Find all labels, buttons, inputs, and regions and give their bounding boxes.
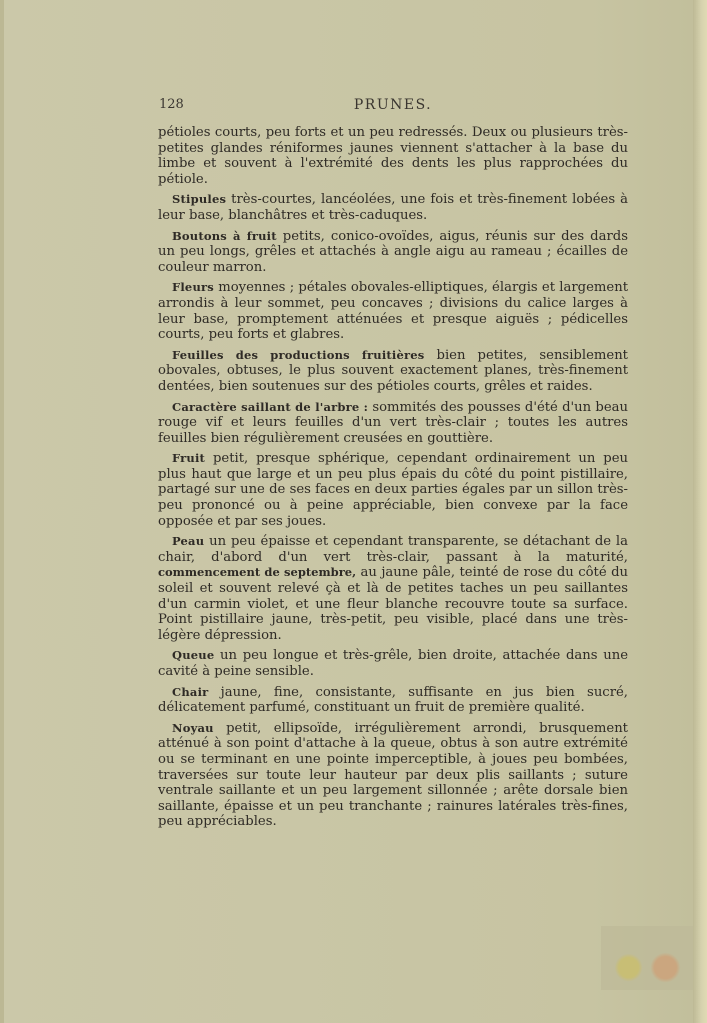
page-left-edge [0,0,4,1023]
page-body: pétioles courts, peu forts et un peu red… [158,125,628,835]
paragraph-peau: Peau un peu épaisse et cependant transpa… [158,534,628,643]
paragraph-text: très-courtes, lancéolées, une fois et tr… [158,192,628,223]
paragraph-caractere: Caractère saillant de l'arbre : sommités… [158,400,628,447]
paragraph-term: Feuilles des productions fruitières [172,348,424,362]
paragraph-term: Peau [172,534,204,548]
paragraph-term: Chair [172,685,208,699]
paragraph-fruit: Fruit petit, presque sphérique, cependan… [158,451,628,529]
paragraph-queue: Queue un peu longue et très-grêle, bien … [158,648,628,679]
paragraph-text: petit, ellipsoïde, irrégulièrement arron… [158,721,628,830]
paragraph-term: Fruit [172,451,205,465]
running-title: PRUNES. [159,97,627,113]
paragraph-term: Fleurs [172,280,214,294]
paragraph-text: un peu épaisse et cependant transparente… [158,534,628,565]
page-header: 128 PRUNES. [159,97,627,115]
paragraph-fleurs: Fleurs moyennes ; pétales obovales-ellip… [158,280,628,342]
paragraph-noyau: Noyau petit, ellipsoïde, irrégulièrement… [158,721,628,830]
paragraph-emphasis: commencement de septembre, [158,565,356,579]
paragraph-term: Stipules [172,192,226,206]
bleed-through-plum-illustration [601,926,693,990]
paragraph-text: moyennes ; pétales obovales-elliptiques,… [158,280,628,342]
paragraph-stipules: Stipules très-courtes, lancéolées, une f… [158,192,628,223]
paragraph-continuation: pétioles courts, peu forts et un peu red… [158,125,628,187]
paragraph-text: un peu longue et très-grêle, bien droite… [158,648,628,679]
paragraph-term: Queue [172,648,214,662]
paragraph-term: Caractère saillant de l'arbre : [172,400,368,414]
paragraph-feuilles: Feuilles des productions fruitières bien… [158,348,628,395]
page-right-edge [693,0,707,1023]
paragraph-term: Boutons à fruit [172,229,277,243]
paragraph-chair: Chair jaune, fine, consistante, suffisan… [158,685,628,716]
paragraph-text: jaune, fine, consistante, suffisante en … [158,685,628,716]
paragraph-term: Noyau [172,721,214,735]
paragraph-text: pétioles courts, peu forts et un peu red… [158,125,628,187]
paragraph-boutons: Boutons à fruit petits, conico-ovoïdes, … [158,229,628,276]
paragraph-text: petit, presque sphérique, cependant ordi… [158,451,628,528]
